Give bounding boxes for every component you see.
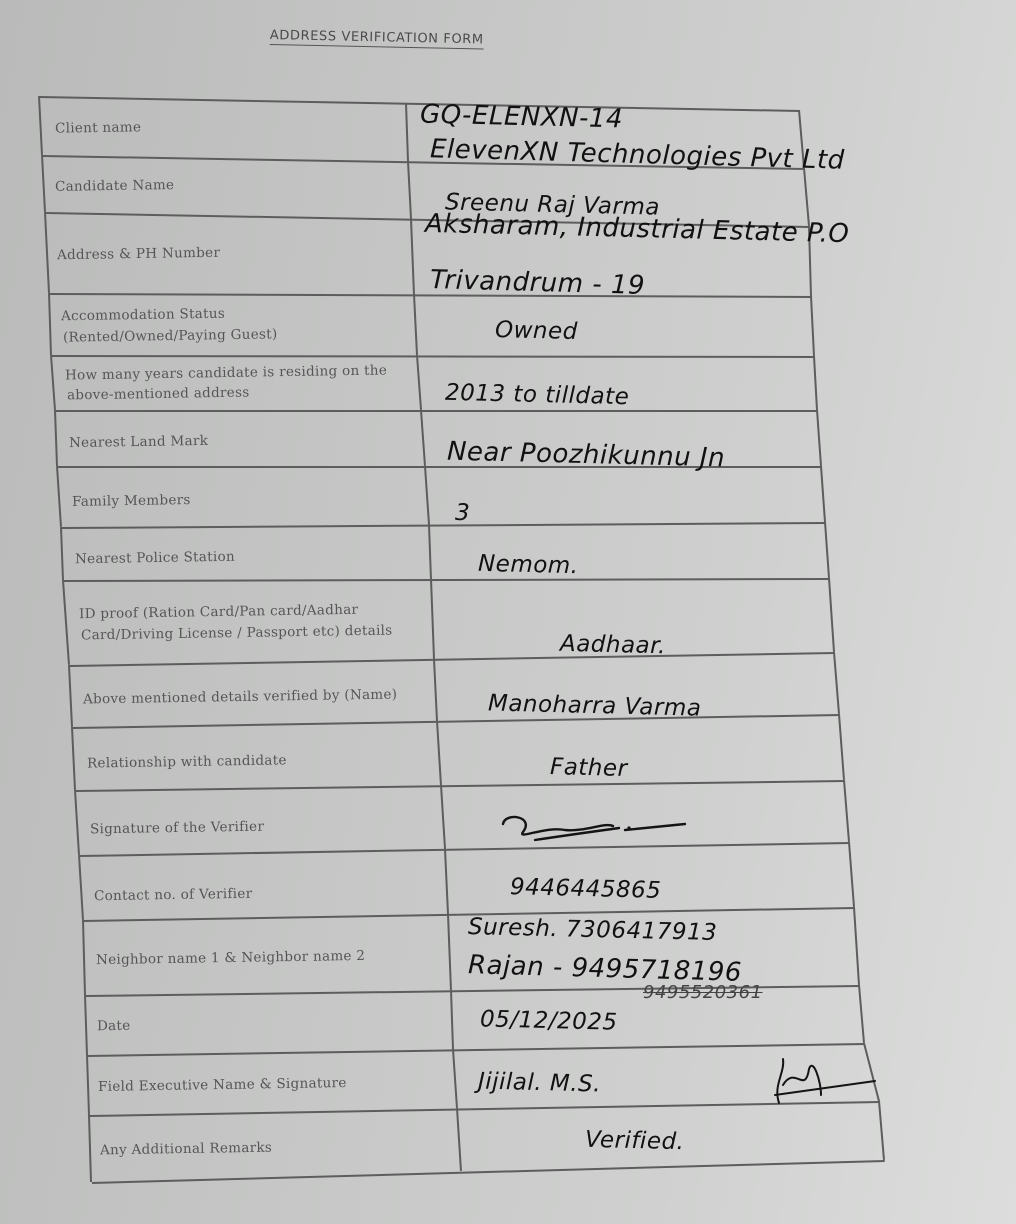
left-border — [60, 527, 64, 580]
right-border — [838, 714, 845, 780]
left-border — [86, 1055, 90, 1115]
field-label: Family Members — [72, 490, 191, 512]
column-divider — [416, 355, 422, 410]
field-value: Aadhaar. — [560, 631, 666, 660]
field-label-line2: Card/Driving License / Passport etc) det… — [81, 621, 393, 646]
field-value: Near Poozhikunnu Jn — [447, 437, 726, 474]
field-value: 05/12/2025 — [480, 1006, 618, 1035]
field-label-line2: (Rented/Owned/Paying Guest) — [63, 324, 278, 347]
field-value: Jijilal. M.S. — [478, 1069, 602, 1098]
field-value-extra: Trivandrum - 19 — [430, 265, 646, 301]
left-border — [56, 466, 62, 527]
field-value: 3 — [455, 500, 471, 526]
column-divider — [424, 466, 430, 525]
right-border — [810, 296, 815, 356]
left-border — [88, 1115, 92, 1182]
field-label: Neighbor name 1 & Neighbor name 2 — [96, 946, 366, 970]
right-border — [858, 985, 865, 1043]
field-value: GQ-ELENXN-14 — [420, 100, 624, 135]
field-label: Candidate Name — [55, 175, 175, 197]
left-border — [74, 790, 80, 855]
left-border — [78, 855, 84, 920]
right-border — [816, 410, 822, 466]
row-divider — [88, 1043, 865, 1057]
column-divider — [456, 1108, 462, 1171]
row-divider — [92, 1160, 885, 1184]
verifier-signature — [495, 810, 705, 850]
field-executive-signature — [765, 1055, 885, 1115]
right-border — [824, 522, 830, 578]
column-divider — [436, 721, 442, 786]
left-border — [41, 155, 46, 212]
field-value: Owned — [495, 317, 578, 345]
column-divider — [450, 990, 454, 1049]
row-divider — [52, 355, 815, 358]
column-divider — [428, 525, 432, 579]
right-border — [843, 780, 850, 842]
left-border — [71, 727, 76, 790]
column-divider — [440, 785, 446, 849]
field-value: Aksharam, Industrial Estate P.O — [425, 209, 850, 249]
row-divider — [76, 780, 845, 792]
right-border — [833, 652, 840, 714]
column-divider — [444, 849, 449, 914]
field-label: Signature of the Verifier — [90, 817, 264, 840]
row-divider — [56, 410, 818, 412]
field-label: Date — [97, 1016, 131, 1037]
field-value: Father — [550, 754, 628, 782]
left-border — [62, 580, 70, 665]
field-value: 9446445865 — [510, 874, 662, 904]
left-border — [68, 665, 73, 727]
field-label: Above mentioned details verified by (Nam… — [83, 685, 398, 710]
field-label: Nearest Land Mark — [69, 431, 208, 453]
row-divider — [64, 578, 830, 582]
column-divider — [452, 1049, 458, 1108]
left-border — [48, 293, 52, 355]
left-border — [54, 410, 58, 466]
right-border — [820, 466, 826, 522]
field-value-extra: ElevenXN Technologies Pvt Ltd — [430, 134, 845, 176]
left-border — [50, 355, 56, 410]
field-label: Contact no. of Verifier — [94, 884, 253, 906]
field-label: How many years candidate is residing on … — [65, 360, 387, 385]
column-divider — [420, 410, 426, 466]
field-label: Any Additional Remarks — [100, 1138, 272, 1161]
row-divider — [70, 652, 835, 667]
right-border — [813, 356, 818, 410]
field-label: Relationship with candidate — [87, 750, 287, 773]
column-divider — [407, 161, 412, 219]
right-border — [853, 907, 860, 985]
field-label: Nearest Police Station — [75, 547, 235, 570]
struck-out-number: 9495520361 — [643, 982, 763, 1003]
field-label: Field Executive Name & Signature — [98, 1073, 347, 1097]
column-divider — [433, 659, 438, 721]
row-divider — [80, 842, 850, 857]
form-title: ADDRESS VERIFICATION FORM — [270, 28, 484, 49]
column-divider — [447, 914, 452, 990]
right-border — [848, 842, 855, 907]
field-label: ID proof (Ration Card/Pan card/Aadhar — [79, 600, 359, 624]
row-divider — [73, 714, 840, 729]
right-border — [828, 578, 835, 652]
field-value: Verified. — [585, 1127, 685, 1155]
field-value: Suresh. 7306417913 — [468, 914, 718, 946]
field-label: Accommodation Status — [61, 304, 225, 327]
field-value: Manoharra Varma — [488, 690, 702, 721]
left-border — [44, 212, 50, 293]
field-label: Address & PH Number — [57, 243, 220, 266]
field-label-line2: above-mentioned address — [67, 383, 250, 406]
field-value: Nemom. — [478, 551, 579, 579]
left-border — [84, 995, 88, 1055]
left-border — [82, 920, 86, 995]
row-divider — [90, 1101, 880, 1117]
field-label: Client name — [55, 117, 142, 138]
column-divider — [430, 579, 435, 659]
field-value: 2013 to tilldate — [445, 380, 630, 410]
column-divider — [405, 103, 409, 162]
column-divider — [413, 294, 418, 355]
column-divider — [410, 219, 415, 295]
row-divider — [62, 522, 826, 529]
left-border — [38, 96, 43, 155]
